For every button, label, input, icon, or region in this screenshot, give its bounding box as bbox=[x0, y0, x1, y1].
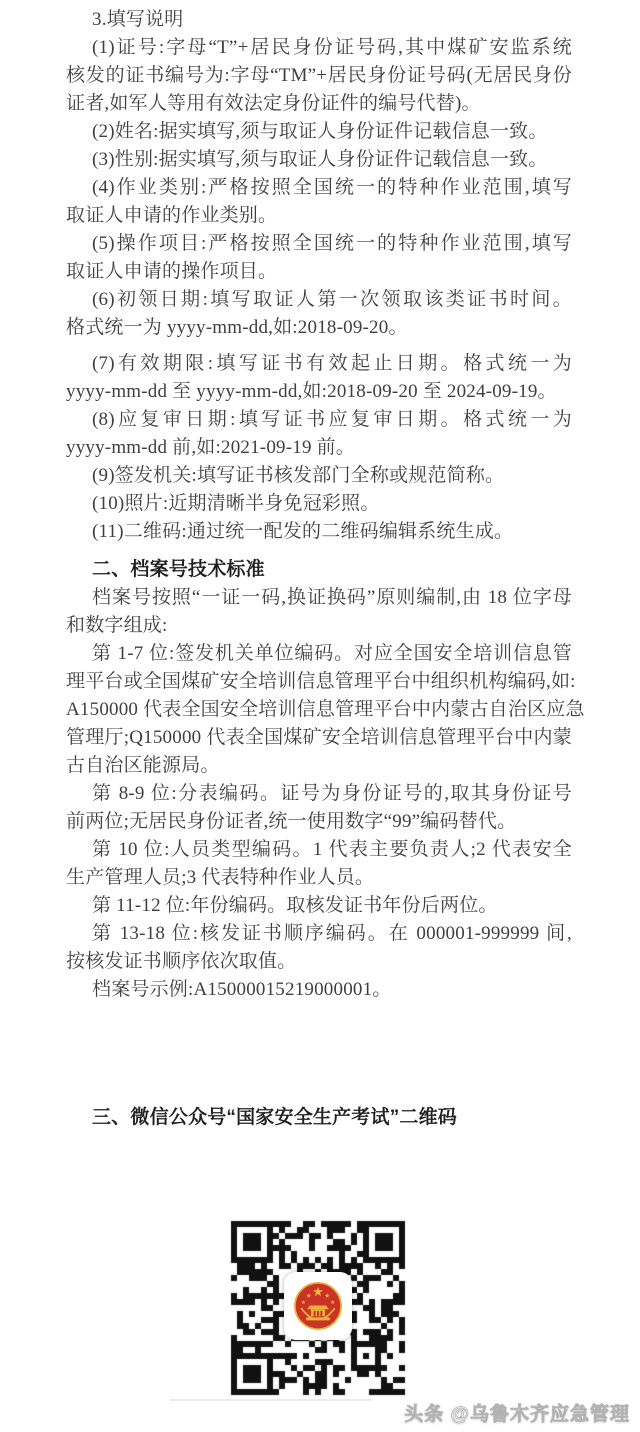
text-line: (4)作业类别:严格按照全国统一的特种作业范围,填写 bbox=[66, 174, 572, 202]
emblem-gate-roof bbox=[307, 1305, 329, 1309]
divider-line bbox=[170, 1399, 372, 1401]
text-line: 和数字组成: bbox=[66, 612, 572, 640]
text-line: (6)初领日期:填写取证人第一次领取该类证书时间。 bbox=[66, 286, 572, 314]
text-line: 第 11-12 位:年份编码。取核发证书年份后两位。 bbox=[66, 892, 572, 920]
text-line: 第 13-18 位:核发证书顺序编码。在 000001-999999 间, bbox=[66, 920, 572, 948]
text-line: 生产管理人员;3 代表特种作业人员。 bbox=[66, 864, 572, 892]
para-gender: (3)性别:据实填写,须与取证人身份证件记载信息一致。 bbox=[66, 146, 572, 174]
para-review-date: (8)应复审日期:填写证书应复审日期。格式统一为yyyy-mm-dd 前,如:2… bbox=[66, 406, 572, 462]
para-cert-number: (1)证号:字母“T”+居民身份证号码,其中煤矿安监系统核发的证书编号为:字母“… bbox=[66, 34, 572, 118]
text-line: 3.填写说明 bbox=[66, 6, 572, 34]
text-line: 三、微信公众号“国家安全生产考试”二维码 bbox=[66, 1104, 572, 1132]
text-line: 证者,如军人等用有效法定身份证件的编号代替)。 bbox=[66, 90, 572, 118]
text-line: (11)二维码:通过统一配发的二维码编辑系统生成。 bbox=[66, 518, 572, 546]
para-digit-1-7: 第 1-7 位:签发机关单位编码。对应全国安全培训信息管理平台或全国煤矿安全培训… bbox=[66, 640, 572, 780]
para-archive-principle: 档案号按照“一证一码,换证换码”原则编制,由 18 位字母和数字组成: bbox=[66, 584, 572, 640]
text-line: 取证人申请的操作项目。 bbox=[66, 258, 572, 286]
heading-archive-standard: 二、档案号技术标准 bbox=[66, 556, 572, 584]
china-national-emblem-icon bbox=[292, 1280, 344, 1332]
text-line: 理平台或全国煤矿安全培训信息管理平台中组织机构编码,如: bbox=[66, 668, 572, 696]
text-line: 按核发证书顺序依次取值。 bbox=[66, 948, 572, 976]
document-body: 3.填写说明(1)证号:字母“T”+居民身份证号码,其中煤矿安监系统核发的证书编… bbox=[66, 6, 572, 1132]
para-issuing-authority: (9)签发机关:填写证书核发部门全称或规范简称。 bbox=[66, 462, 572, 490]
text-line: A150000 代表全国安全培训信息管理平台中内蒙古自治区应急 bbox=[66, 696, 572, 724]
para-operation-item: (5)操作项目:严格按照全国统一的特种作业范围,填写取证人申请的操作项目。 bbox=[66, 230, 572, 286]
text-line: (1)证号:字母“T”+居民身份证号码,其中煤矿安监系统 bbox=[66, 34, 572, 62]
text-line: 古自治区能源局。 bbox=[66, 752, 572, 780]
text-line: (2)姓名:据实填写,须与取证人身份证件记载信息一致。 bbox=[66, 118, 572, 146]
heading-wechat-qrcode: 三、微信公众号“国家安全生产考试”二维码 bbox=[66, 1104, 572, 1132]
text-line: 第 1-7 位:签发机关单位编码。对应全国安全培训信息管 bbox=[66, 640, 572, 668]
text-line: 管理厅;Q150000 代表全国煤矿安全培训信息管理平台中内蒙 bbox=[66, 724, 572, 752]
text-line: (9)签发机关:填写证书核发部门全称或规范简称。 bbox=[66, 462, 572, 490]
emblem-plate bbox=[284, 1272, 352, 1340]
text-line: (5)操作项目:严格按照全国统一的特种作业范围,填写 bbox=[66, 230, 572, 258]
text-line: 核发的证书编号为:字母“TM”+居民身份证号码(无居民身份 bbox=[66, 62, 572, 90]
text-line: (7)有效期限:填写证书有效起止日期。格式统一为 bbox=[66, 350, 572, 378]
para-name: (2)姓名:据实填写,须与取证人身份证件记载信息一致。 bbox=[66, 118, 572, 146]
text-line: 二、档案号技术标准 bbox=[66, 556, 572, 584]
text-line: 第 8-9 位:分表编码。证号为身份证号的,取其身份证号 bbox=[66, 780, 572, 808]
text-line: (10)照片:近期清晰半身免冠彩照。 bbox=[66, 490, 572, 518]
text-line: 第 10 位:人员类型编码。1 代表主要负责人;2 代表安全 bbox=[66, 836, 572, 864]
para-digit-10: 第 10 位:人员类型编码。1 代表主要负责人;2 代表安全生产管理人员;3 代… bbox=[66, 836, 572, 892]
text-line: 档案号示例:A15000015219000001。 bbox=[66, 976, 572, 1004]
toutiao-watermark: 头条 @乌鲁木齐应急管理 bbox=[404, 1399, 630, 1426]
para-digit-8-9: 第 8-9 位:分表编码。证号为身份证号的,取其身份证号前两位;无居民身份证者,… bbox=[66, 780, 572, 836]
text-line: 前两位;无居民身份证者,统一使用数字“99”编码替代。 bbox=[66, 808, 572, 836]
text-line: yyyy-mm-dd 前,如:2021-09-19 前。 bbox=[66, 434, 572, 462]
text-line: 格式统一为 yyyy-mm-dd,如:2018-09-20。 bbox=[66, 314, 572, 342]
para-photo: (10)照片:近期清晰半身免冠彩照。 bbox=[66, 490, 572, 518]
para-digit-13-18: 第 13-18 位:核发证书顺序编码。在 000001-999999 间,按核发… bbox=[66, 920, 572, 976]
text-line: 取证人申请的作业类别。 bbox=[66, 202, 572, 230]
para-digit-11-12: 第 11-12 位:年份编码。取核发证书年份后两位。 bbox=[66, 892, 572, 920]
text-line: yyyy-mm-dd 至 yyyy-mm-dd,如:2018-09-20 至 2… bbox=[66, 378, 572, 406]
para-work-category: (4)作业类别:严格按照全国统一的特种作业范围,填写取证人申请的作业类别。 bbox=[66, 174, 572, 230]
para-first-issue-date: (6)初领日期:填写取证人第一次领取该类证书时间。格式统一为 yyyy-mm-d… bbox=[66, 286, 572, 342]
text-line: 档案号按照“一证一码,换证换码”原则编制,由 18 位字母 bbox=[66, 584, 572, 612]
wechat-qrcode bbox=[222, 1212, 414, 1404]
para-validity-period: (7)有效期限:填写证书有效起止日期。格式统一为yyyy-mm-dd 至 yyy… bbox=[66, 350, 572, 406]
document-page: 3.填写说明(1)证号:字母“T”+居民身份证号码,其中煤矿安监系统核发的证书编… bbox=[0, 0, 640, 1432]
section3-subtitle: 3.填写说明 bbox=[66, 6, 572, 34]
para-qrcode-rule: (11)二维码:通过统一配发的二维码编辑系统生成。 bbox=[66, 518, 572, 546]
text-line: (3)性别:据实填写,须与取证人身份证件记载信息一致。 bbox=[66, 146, 572, 174]
text-line: (8)应复审日期:填写证书应复审日期。格式统一为 bbox=[66, 406, 572, 434]
para-archive-example: 档案号示例:A15000015219000001。 bbox=[66, 976, 572, 1004]
